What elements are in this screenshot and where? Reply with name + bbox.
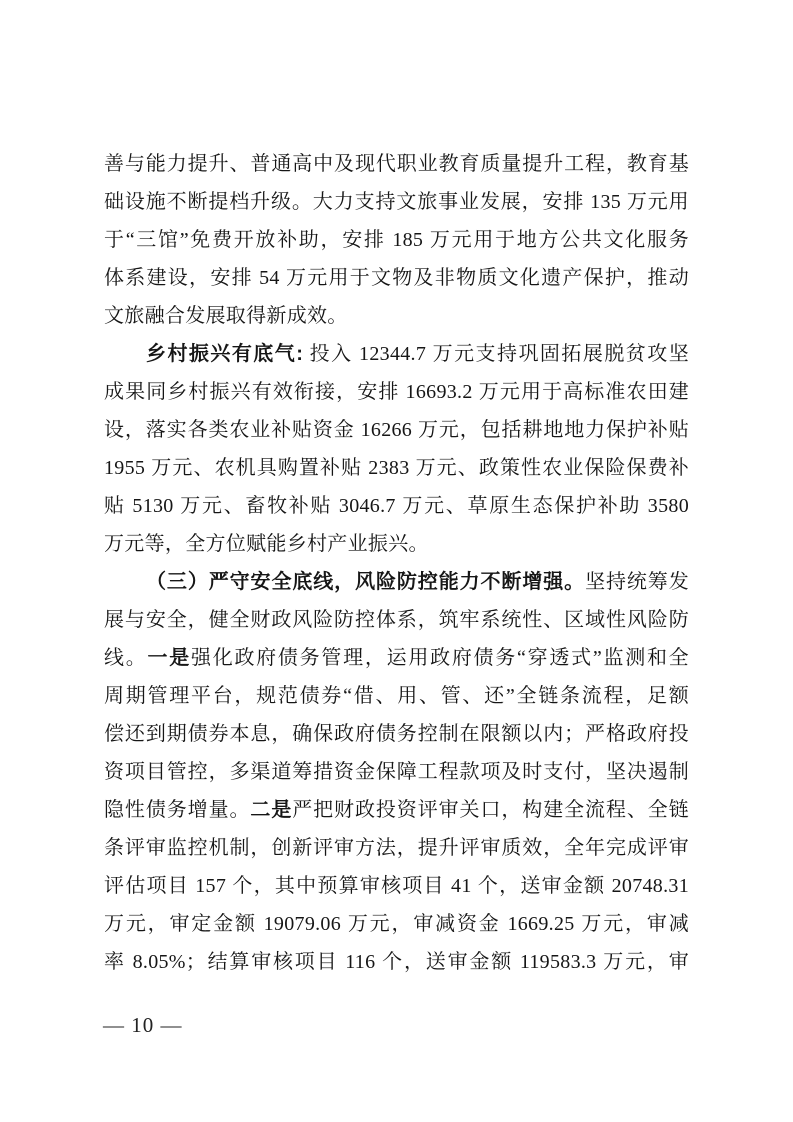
text-line: （三）严守安全底线，风险防控能力不断增强。坚持统筹发 bbox=[104, 563, 689, 601]
body-text: 础设施不断提档升级。大力支持文旅事业发展，安排 135 万元用 bbox=[104, 191, 689, 213]
text-line: 设，落实各类农业补贴资金 16266 万元，包括耕地地力保护补贴 bbox=[104, 411, 689, 449]
culture-education-paragraph: 善与能力提升、普通高中及现代职业教育质量提升工程，教育基础设施不断提档升级。大力… bbox=[104, 145, 689, 335]
text-line: 体系建设，安排 54 万元用于文物及非物质文化遗产保护，推动 bbox=[104, 259, 689, 297]
body-text: 万元，审定金额 19079.06 万元，审减资金 1669.25 万元，审减 bbox=[104, 913, 689, 935]
text-line: 于“三馆”免费开放补助，安排 185 万元用于地方公共文化服务 bbox=[104, 221, 689, 259]
rural-revitalization-paragraph: 乡村振兴有底气: 投入 12344.7 万元支持巩固拓展脱贫攻坚成果同乡村振兴有… bbox=[104, 335, 689, 563]
text-line: 资项目管控，多渠道筹措资金保障工程款项及时支付，坚决遏制 bbox=[104, 753, 689, 791]
body-text: 体系建设，安排 54 万元用于文物及非物质文化遗产保护，推动 bbox=[104, 267, 689, 289]
emphasis-text: （三）严守安全底线，风险防控能力不断增强。 bbox=[146, 571, 585, 593]
text-line: 条评审监控机制，创新评审方法，提升评审质效，全年完成评审 bbox=[104, 829, 689, 867]
body-text: 评估项目 157 个，其中预算审核项目 41 个，送审金额 20748.31 bbox=[104, 875, 689, 897]
text-line: 率 8.05%；结算审核项目 116 个，送审金额 119583.3 万元，审 bbox=[104, 943, 689, 981]
body-text: 偿还到期债券本息，确保政府债务控制在限额以内；严格政府投 bbox=[104, 723, 689, 745]
body-text: 设，落实各类农业补贴资金 16266 万元，包括耕地地力保护补贴 bbox=[104, 419, 689, 441]
text-line: 线。一是强化政府债务管理，运用政府债务“穿透式”监测和全 bbox=[104, 639, 689, 677]
text-line: 文旅融合发展取得新成效。 bbox=[104, 297, 689, 335]
body-text: 隐性债务增量。 bbox=[104, 799, 250, 821]
body-text: 坚持统筹发 bbox=[585, 571, 689, 593]
emphasis-text: 二是 bbox=[250, 799, 292, 821]
text-line: 1955 万元、农机具购置补贴 2383 万元、政策性农业保险保费补 bbox=[104, 449, 689, 487]
body-text: 善与能力提升、普通高中及现代职业教育质量提升工程，教育基 bbox=[104, 153, 689, 175]
document-body: 善与能力提升、普通高中及现代职业教育质量提升工程，教育基础设施不断提档升级。大力… bbox=[104, 145, 689, 981]
document-page: 善与能力提升、普通高中及现代职业教育质量提升工程，教育基础设施不断提档升级。大力… bbox=[0, 0, 793, 1122]
body-text: 展与安全，健全财政风险防控体系，筑牢系统性、区域性风险防 bbox=[104, 609, 689, 631]
text-line: 隐性债务增量。二是严把财政投资评审关口，构建全流程、全链 bbox=[104, 791, 689, 829]
text-line: 贴 5130 万元、畜牧补贴 3046.7 万元、草原生态保护补助 3580 bbox=[104, 487, 689, 525]
text-line: 乡村振兴有底气: 投入 12344.7 万元支持巩固拓展脱贫攻坚 bbox=[104, 335, 689, 373]
body-text: 周期管理平台，规范债券“借、用、管、还”全链条流程，足额 bbox=[104, 685, 689, 707]
body-text: 于“三馆”免费开放补助，安排 185 万元用于地方公共文化服务 bbox=[104, 229, 689, 251]
body-text: 率 8.05%；结算审核项目 116 个，送审金额 119583.3 万元，审 bbox=[104, 951, 689, 973]
text-line: 偿还到期债券本息，确保政府债务控制在限额以内；严格政府投 bbox=[104, 715, 689, 753]
text-line: 评估项目 157 个，其中预算审核项目 41 个，送审金额 20748.31 bbox=[104, 867, 689, 905]
body-text: 线。 bbox=[104, 647, 147, 669]
body-text: 万元等，全方位赋能乡村产业振兴。 bbox=[104, 533, 429, 555]
emphasis-text: 一是 bbox=[147, 647, 190, 669]
text-line: 万元，审定金额 19079.06 万元，审减资金 1669.25 万元，审减 bbox=[104, 905, 689, 943]
body-text: 严把财政投资评审关口，构建全流程、全链 bbox=[292, 799, 689, 821]
body-text: 条评审监控机制，创新评审方法，提升评审质效，全年完成评审 bbox=[104, 837, 689, 859]
body-text: 文旅融合发展取得新成效。 bbox=[104, 305, 348, 327]
text-line: 础设施不断提档升级。大力支持文旅事业发展，安排 135 万元用 bbox=[104, 183, 689, 221]
body-text: 强化政府债务管理，运用政府债务“穿透式”监测和全 bbox=[191, 647, 689, 669]
text-line: 善与能力提升、普通高中及现代职业教育质量提升工程，教育基 bbox=[104, 145, 689, 183]
text-line: 万元等，全方位赋能乡村产业振兴。 bbox=[104, 525, 689, 563]
page-number: — 10 — bbox=[103, 1012, 183, 1038]
text-line: 展与安全，健全财政风险防控体系，筑牢系统性、区域性风险防 bbox=[104, 601, 689, 639]
text-line: 周期管理平台，规范债券“借、用、管、还”全链条流程，足额 bbox=[104, 677, 689, 715]
text-line: 成果同乡村振兴有效衔接，安排 16693.2 万元用于高标准农田建 bbox=[104, 373, 689, 411]
body-text: 资项目管控，多渠道筹措资金保障工程款项及时支付，坚决遏制 bbox=[104, 761, 689, 783]
body-text: 成果同乡村振兴有效衔接，安排 16693.2 万元用于高标准农田建 bbox=[104, 381, 689, 403]
security-risk-paragraph: （三）严守安全底线，风险防控能力不断增强。坚持统筹发展与安全，健全财政风险防控体… bbox=[104, 563, 689, 981]
body-text: 1955 万元、农机具购置补贴 2383 万元、政策性农业保险保费补 bbox=[104, 457, 689, 479]
body-text: 贴 5130 万元、畜牧补贴 3046.7 万元、草原生态保护补助 3580 bbox=[104, 495, 689, 517]
emphasis-text: 乡村振兴有底气: bbox=[146, 343, 303, 365]
body-text: 投入 12344.7 万元支持巩固拓展脱贫攻坚 bbox=[303, 343, 689, 365]
